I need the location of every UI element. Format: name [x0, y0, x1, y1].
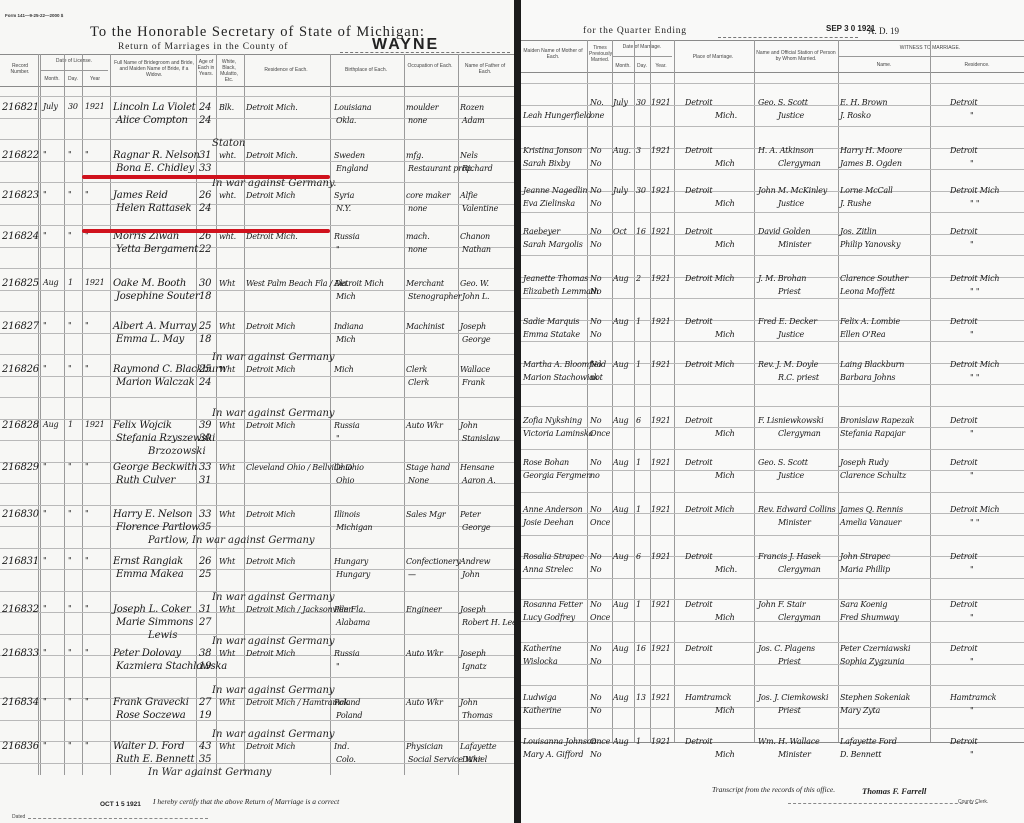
- residence: Detroit Mich: [246, 557, 295, 566]
- header-witness-residence: Residence.: [932, 62, 1022, 68]
- residence: Detroit Mich: [246, 649, 295, 658]
- groom-times-married: Once: [590, 737, 610, 746]
- annotation-note: In War against Germany: [148, 767, 271, 778]
- header-place: Place of Marriage.: [674, 54, 752, 60]
- ruled-line: [0, 720, 515, 721]
- column-divider: [64, 54, 65, 775]
- bride-occupation: Stenographer: [408, 292, 462, 301]
- license-year: ": [85, 697, 88, 706]
- bride-age: 18: [199, 334, 211, 345]
- bride-father: Robert H. Lee: [462, 618, 517, 627]
- witness-2-residence: ": [970, 706, 973, 715]
- ruled-line: [521, 427, 1024, 428]
- marriage-year: 1921: [651, 274, 671, 283]
- groom-occupation: Confectionery: [406, 557, 461, 566]
- ruled-line: [0, 118, 515, 119]
- place-of-marriage: Detroit: [685, 98, 712, 107]
- column-divider: [587, 40, 588, 742]
- groom-times-married: No: [590, 644, 601, 653]
- license-month: ": [43, 697, 46, 706]
- groom-mother: Zofia Nykshing: [523, 416, 582, 425]
- witness-1: Lorne McCall: [840, 186, 893, 195]
- groom-age: 25: [199, 321, 211, 332]
- bride-birthplace: Okla.: [336, 116, 356, 125]
- license-day: ": [68, 231, 71, 240]
- bride-times-married: No: [590, 657, 601, 666]
- record-number: 216822: [2, 150, 39, 161]
- license-month: ": [43, 190, 46, 199]
- header-marriage-month: Month.: [612, 63, 634, 69]
- marriage-month: Aug.: [613, 146, 631, 155]
- place-of-marriage-state: Mich: [715, 706, 735, 715]
- witness-subheader-rule: [838, 56, 1024, 57]
- witness-2-residence: ": [970, 330, 973, 339]
- groom-father: Joseph: [460, 322, 486, 331]
- bride-times-married: No: [590, 199, 601, 208]
- header-date-of-license: Date of License.: [40, 58, 108, 64]
- annotation-note: In war against Germany: [212, 729, 335, 740]
- ruled-line: [0, 397, 515, 398]
- officiant-name: David Golden: [758, 227, 810, 236]
- color: wht.: [219, 232, 236, 241]
- groom-mother: Jeanne Nagedlin: [523, 186, 587, 195]
- officiant-title: Minister: [778, 750, 811, 759]
- header-record-number: Record Number.: [2, 63, 38, 75]
- license-year: 1921: [85, 102, 105, 111]
- witness-2-residence: " ": [970, 373, 979, 382]
- residence: Detroit Mich.: [246, 103, 298, 112]
- groom-mother: Louisanna Johnson: [523, 737, 596, 746]
- ruled-line: [521, 406, 1024, 407]
- witness-2-residence: ": [970, 159, 973, 168]
- officiant-name: Jos. J. Ciemkowski: [758, 693, 828, 702]
- witness-2: J. Rosko: [840, 111, 871, 120]
- annotation-note: Staton: [212, 138, 245, 149]
- officiant-name: Jos. C. Plagens: [758, 644, 815, 653]
- witness-1: Sara Koenig: [840, 600, 887, 609]
- groom-father: Wallace: [460, 365, 490, 374]
- groom-birthplace: Illinois: [334, 510, 360, 519]
- ruled-line: [0, 139, 515, 140]
- bride-age: 19: [199, 710, 211, 721]
- bride-name: Rose Soczewa: [116, 710, 186, 721]
- ruled-line: [521, 169, 1024, 170]
- bride-name: Ruth Culver: [116, 475, 175, 486]
- groom-birthplace: Penn: [334, 605, 353, 614]
- ruled-line: [521, 255, 1024, 256]
- license-day: ": [68, 604, 71, 613]
- witness-1: Clarence Souther: [840, 274, 908, 283]
- header-license-year: Year: [82, 76, 108, 82]
- marriage-year: 1921: [651, 227, 671, 236]
- officiant-name: Geo. S. Scott: [758, 98, 808, 107]
- column-divider: [38, 54, 39, 775]
- witness-2: Sophia Zygzunia: [840, 657, 905, 666]
- place-of-marriage-state: Mich: [715, 330, 735, 339]
- bride-father: Daniel: [462, 755, 487, 764]
- witness-2: Leona Moffett: [840, 287, 895, 296]
- license-year: ": [85, 364, 88, 373]
- license-day: ": [68, 556, 71, 565]
- bride-occupation: Clerk: [408, 378, 429, 387]
- witness-2: D. Bennett: [840, 750, 881, 759]
- right-header-bottom-rule: [521, 72, 1024, 73]
- bride-birthplace: Ohio: [336, 476, 354, 485]
- marriage-year: 1921: [651, 644, 671, 653]
- witness-1-residence: Hamtramck: [950, 693, 996, 702]
- witness-2-residence: ": [970, 111, 973, 120]
- bride-father: Thomas: [462, 711, 493, 720]
- ruled-line: [0, 333, 515, 334]
- license-year: 1921: [85, 420, 105, 429]
- residence: West Palm Beach Fla / Detroit Mich: [246, 279, 384, 288]
- header-witness-name: Name.: [838, 62, 930, 68]
- witness-2: Philip Yanovsky: [840, 240, 900, 249]
- bride-age: 35: [199, 522, 211, 533]
- bride-mother: Sarah Bixby: [523, 159, 570, 168]
- officiant-title: Justice: [778, 471, 804, 480]
- marriage-month: July: [613, 98, 628, 107]
- ruled-line: [0, 268, 515, 269]
- color: Wht: [219, 649, 235, 658]
- officiant-title: R.C. priest: [778, 373, 819, 382]
- groom-father: Peter: [460, 510, 481, 519]
- groom-birthplace: Poland: [334, 698, 360, 707]
- header-license-month: Month.: [40, 76, 64, 82]
- witness-1-residence: Detroit Mich: [950, 186, 999, 195]
- groom-times-married: No.: [590, 98, 604, 107]
- column-divider: [930, 40, 931, 742]
- bride-times-married: Once: [590, 429, 610, 438]
- groom-birthplace: Ind.: [334, 742, 349, 751]
- marriage-year: 1921: [651, 360, 671, 369]
- groom-times-married: No: [590, 600, 601, 609]
- ruled-line: [0, 526, 515, 527]
- groom-age: 33: [199, 509, 211, 520]
- bride-birthplace: Poland: [336, 711, 362, 720]
- marriage-year: 1921: [651, 600, 671, 609]
- marriage-day: 1: [636, 360, 641, 369]
- officiant-title: Priest: [778, 706, 801, 715]
- ruled-line: [0, 376, 515, 377]
- license-day: ": [68, 509, 71, 518]
- witness-1-residence: Detroit: [950, 98, 977, 107]
- place-of-marriage-state: Mich.: [715, 111, 737, 120]
- witness-2-residence: ": [970, 613, 973, 622]
- groom-name: Ragnar R. Nelson: [113, 150, 200, 161]
- groom-times-married: No: [590, 317, 601, 326]
- bride-occupation: none: [408, 245, 427, 254]
- color: Wht: [219, 421, 235, 430]
- red-highlight-line-top: [82, 175, 330, 179]
- license-month: Aug: [43, 420, 58, 429]
- marriage-year: 1921: [651, 146, 671, 155]
- ruled-line: [0, 569, 515, 570]
- color: Wht: [219, 279, 235, 288]
- bride-name: Marion Walczak: [116, 377, 194, 388]
- groom-father: Lafayette: [460, 742, 496, 751]
- marriage-year: 1921: [651, 317, 671, 326]
- record-number: 216836: [2, 741, 39, 752]
- bride-mother: Georgia Fergmen: [523, 471, 591, 480]
- bride-father: Ignatz: [462, 662, 486, 671]
- marriage-month: Oct: [613, 227, 627, 236]
- groom-father: John: [460, 421, 478, 430]
- bride-father: Richard: [462, 164, 493, 173]
- bride-times-married: No: [590, 565, 601, 574]
- groom-birthplace: Ala.: [334, 279, 349, 288]
- color: Wht: [219, 365, 235, 374]
- bride-occupation: none: [408, 204, 427, 213]
- bride-age: 19: [199, 661, 211, 672]
- bride-name: Marie Simmons: [116, 617, 193, 628]
- groom-age: 24: [199, 102, 211, 113]
- groom-mother: Anne Anderson: [523, 505, 582, 514]
- officiant-name: H. A. Atkinson: [758, 146, 814, 155]
- groom-name: Ernst Rangiak: [113, 556, 183, 567]
- header-residence: Residence of Each.: [244, 67, 328, 73]
- place-of-marriage-state: Mich: [715, 199, 735, 208]
- bride-times-married: No: [590, 159, 601, 168]
- groom-occupation: Physician: [406, 742, 443, 751]
- groom-times-married: No: [590, 505, 601, 514]
- marriage-year: 1921: [651, 98, 671, 107]
- bride-age: 35: [199, 754, 211, 765]
- marriage-year: 1921: [651, 693, 671, 702]
- witness-1-residence: Detroit Mich: [950, 360, 999, 369]
- marriage-month: Aug: [613, 693, 628, 702]
- bride-mother: Victoria Laminska: [523, 429, 593, 438]
- groom-times-married: No: [590, 416, 601, 425]
- groom-occupation: Stage hand: [406, 463, 450, 472]
- ruled-line: [0, 483, 515, 484]
- license-day: ": [68, 364, 71, 373]
- license-day: 1: [68, 420, 73, 429]
- license-year: ": [85, 321, 88, 330]
- groom-name: Lincoln La Violet: [113, 102, 196, 113]
- residence: Detroit Mich: [246, 365, 295, 374]
- place-of-marriage: Detroit: [685, 458, 712, 467]
- header-marriage-day: Day.: [634, 63, 650, 69]
- record-number: 216834: [2, 697, 39, 708]
- record-number: 216824: [2, 231, 39, 242]
- place-of-marriage-state: Mich: [715, 471, 735, 480]
- header-age: Age of Each in Years.: [196, 59, 216, 77]
- witness-1: Joseph Rudy: [840, 458, 888, 467]
- marriage-day: 1: [636, 505, 641, 514]
- witness-1-residence: Detroit Mich: [950, 505, 999, 514]
- license-day: ": [68, 462, 71, 471]
- clerk-signature-line: [788, 803, 978, 804]
- marriage-month: Aug: [613, 416, 628, 425]
- marriage-day: 30: [636, 98, 646, 107]
- marriage-day: 16: [636, 227, 646, 236]
- groom-mother: Rosanna Fetter: [523, 600, 582, 609]
- place-of-marriage-state: Mich: [715, 613, 735, 622]
- ruled-line: [0, 677, 515, 678]
- ruled-line: [521, 341, 1024, 342]
- marriage-day: 3: [636, 146, 641, 155]
- ruled-line: [521, 449, 1024, 450]
- ruled-line: [0, 96, 515, 97]
- header-date-of-marriage: Date of Marriage.: [612, 44, 672, 50]
- place-of-marriage: Detroit: [685, 644, 712, 653]
- header-marriage-year: Year.: [650, 63, 672, 69]
- witness-1: Harry H. Moore: [840, 146, 902, 155]
- color: Wht: [219, 742, 235, 751]
- marriage-month: Aug: [613, 552, 628, 561]
- license-day: ": [68, 190, 71, 199]
- right-header-top-rule: [521, 40, 1024, 41]
- groom-occupation: Clerk: [406, 365, 427, 374]
- ruled-line: [521, 212, 1024, 213]
- bride-father: Aaron A.: [462, 476, 496, 485]
- license-year: ": [85, 604, 88, 613]
- marriage-date-subheader-rule: [612, 56, 672, 57]
- groom-name: Harry E. Nelson: [113, 509, 192, 520]
- groom-name: Albert A. Murray: [113, 321, 196, 332]
- column-divider: [82, 54, 83, 775]
- groom-age: 33: [199, 462, 211, 473]
- bride-age: 24: [199, 115, 211, 126]
- groom-birthplace: Sweden: [334, 151, 365, 160]
- marriage-month: Aug: [613, 317, 628, 326]
- column-divider: [40, 54, 41, 775]
- quarter-ending-label: for the Quarter Ending: [583, 26, 687, 36]
- record-number: 216825: [2, 278, 39, 289]
- record-number: 216828: [2, 420, 39, 431]
- groom-mother: Kristina Jonson: [523, 146, 582, 155]
- groom-father: Hensane: [460, 463, 494, 472]
- groom-mother: Rosalia Strapec: [523, 552, 584, 561]
- bride-birthplace: ": [336, 434, 339, 443]
- groom-father: Geo. W.: [460, 279, 489, 288]
- license-year: ": [85, 648, 88, 657]
- marriage-year: 1921: [651, 737, 671, 746]
- record-number: 216832: [2, 604, 39, 615]
- place-of-marriage-state: Mich: [715, 159, 735, 168]
- place-of-marriage: Detroit: [685, 317, 712, 326]
- red-highlight-line-bottom: [82, 229, 330, 233]
- residence: Detroit Mich: [246, 742, 295, 751]
- ruled-line: [521, 685, 1024, 686]
- bride-times-married: Once: [590, 613, 610, 622]
- bride-name: Emma L. May: [116, 334, 184, 345]
- bride-birthplace: Colo.: [336, 755, 356, 764]
- record-number: 216829: [2, 462, 39, 473]
- ruled-line: [0, 204, 515, 205]
- annotation-note: In war against Germany.: [212, 178, 336, 189]
- quarter-underline: [718, 37, 858, 38]
- marriage-day: 16: [636, 644, 646, 653]
- bride-father: John: [462, 570, 480, 579]
- record-number: 216831: [2, 556, 39, 567]
- groom-father: Joseph: [460, 605, 486, 614]
- groom-name: Frank Gravecki: [113, 697, 189, 708]
- groom-age: 30: [199, 278, 211, 289]
- bride-birthplace: Hungary: [336, 570, 370, 579]
- officiant-title: Priest: [778, 287, 801, 296]
- groom-name: Walter D. Ford: [113, 741, 184, 752]
- place-of-marriage: Detroit Mich: [685, 274, 734, 283]
- ruled-line: [521, 492, 1024, 493]
- bride-father: Stanislaw: [462, 434, 500, 443]
- officiant-title: Clergyman: [778, 613, 821, 622]
- color: Wht: [219, 698, 235, 707]
- bride-mother: Josie Deehan: [523, 518, 574, 527]
- annotation-note: Lewis: [148, 630, 177, 641]
- officiant-title: Justice: [778, 111, 804, 120]
- marriage-year: 1921: [651, 458, 671, 467]
- license-month: ": [43, 321, 46, 330]
- bride-age: 31: [199, 475, 211, 486]
- column-divider: [838, 40, 839, 742]
- bride-birthplace: Mich: [336, 292, 356, 301]
- residence: Detroit Mich: [246, 510, 295, 519]
- witness-1: Stephen Sokeniak: [840, 693, 910, 702]
- ruled-line: [521, 126, 1024, 127]
- bride-age: 30: [199, 433, 211, 444]
- witness-2: James B. Ogden: [840, 159, 902, 168]
- annotation-note: In war against Germany: [212, 352, 335, 363]
- bride-name: Josephine Souter: [116, 291, 200, 302]
- record-number: 216826: [2, 364, 39, 375]
- bride-name: Alice Compton: [116, 115, 188, 126]
- witness-1: John Strapec: [840, 552, 890, 561]
- color: Blk.: [219, 103, 234, 112]
- ruled-line: [0, 419, 515, 420]
- groom-occupation: Merchant: [406, 279, 444, 288]
- record-number: 216827: [2, 321, 39, 332]
- groom-occupation: Sales Mgr: [406, 510, 446, 519]
- officiant-name: John F. Stair: [758, 600, 806, 609]
- record-number: 216833: [2, 648, 39, 659]
- witness-2-residence: ": [970, 429, 973, 438]
- header-times-married: Times Previously Married.: [589, 45, 611, 63]
- bride-mother: Mary A. Gifford: [523, 750, 583, 759]
- bride-age: 22: [199, 244, 211, 255]
- groom-times-married: No: [590, 552, 601, 561]
- bride-father: Nathan: [462, 245, 491, 254]
- residence: Detroit Mich: [246, 191, 295, 200]
- witness-1: Jos. Zitlin: [840, 227, 877, 236]
- witness-2: Maria Phillip: [840, 565, 890, 574]
- witness-1: Felix A. Lombie: [840, 317, 900, 326]
- groom-father: Nels: [460, 151, 478, 160]
- header-mother: Maiden Name of Mother of Each.: [522, 48, 584, 60]
- officiant-name: F. Lisniewkowski: [758, 416, 823, 425]
- groom-name: Joseph L. Coker: [113, 604, 191, 615]
- annotation-note: Partlow, In war against Germany: [148, 535, 315, 546]
- groom-birthplace: Mich: [334, 365, 354, 374]
- bride-father: Adam: [462, 116, 484, 125]
- officiant-title: Clergyman: [778, 159, 821, 168]
- witness-2-residence: " ": [970, 287, 979, 296]
- ruled-line: [521, 578, 1024, 579]
- groom-age: 26: [199, 556, 211, 567]
- ruled-line: [521, 535, 1024, 536]
- marriage-day: 1: [636, 600, 641, 609]
- bride-mother: Emma Statake: [523, 330, 580, 339]
- certify-statement: I hereby certify that the above Return o…: [153, 797, 339, 806]
- officiant-name: Wm. H. Wallace: [758, 737, 820, 746]
- bride-birthplace: ": [336, 245, 339, 254]
- groom-father: Alfie: [460, 191, 478, 200]
- license-month: ": [43, 231, 46, 240]
- groom-father: John: [460, 698, 478, 707]
- bride-birthplace: Alabama: [336, 618, 370, 627]
- marriage-day: 30: [636, 186, 646, 195]
